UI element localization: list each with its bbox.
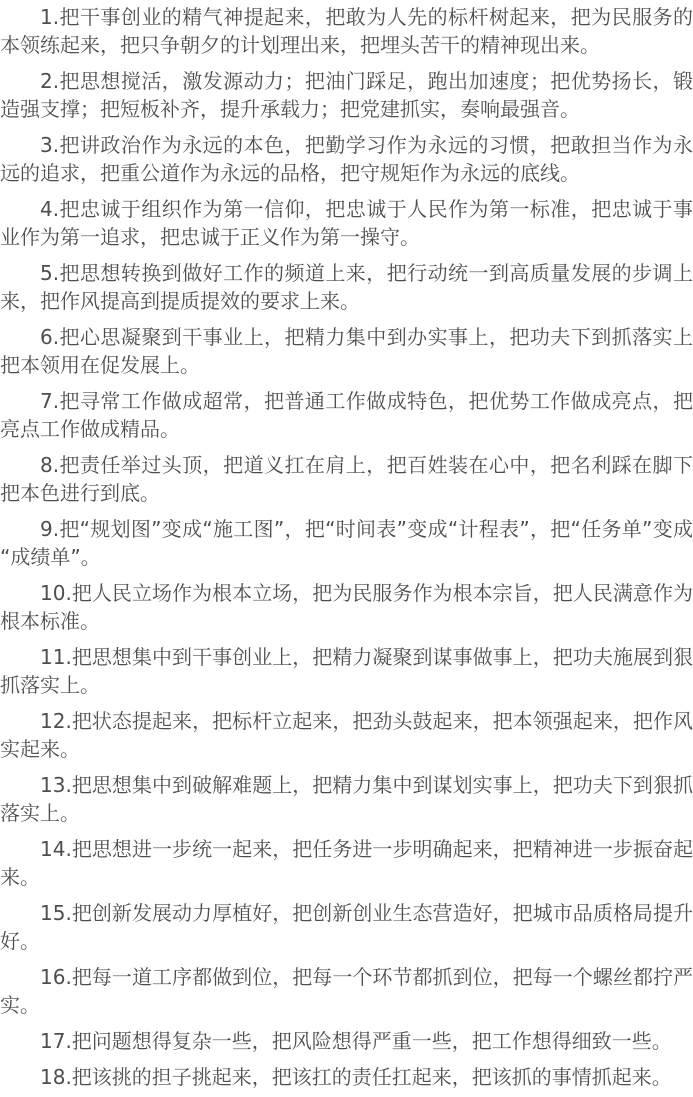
paragraph-10: 10.把人民立场作为根本立场，把为民服务作为根本宗旨，把人民满意作为根本标准。 <box>0 579 693 635</box>
paragraph-1: 1.把干事创业的精气神提起来，把敢为人先的标杆树起来，把为民服务的本领练起来，把… <box>0 3 693 59</box>
paragraph-6: 6.把心思凝聚到干事业上，把精力集中到办实事上，把功夫下到抓落实上把本领用在促发… <box>0 323 693 379</box>
paragraph-14: 14.把思想进一步统一起来，把任务进一步明确起来，把精神进一步振奋起来。 <box>0 835 693 891</box>
paragraph-18: 18.把该挑的担子挑起来，把该扛的责任扛起来，把该抓的事情抓起来。 <box>0 1063 693 1091</box>
paragraph-3: 3.把讲政治作为永远的本色，把勤学习作为永远的习惯，把敢担当作为永远的追求，把重… <box>0 131 693 187</box>
paragraph-7: 7.把寻常工作做成超常，把普通工作做成特色，把优势工作做成亮点，把亮点工作做成精… <box>0 387 693 443</box>
paragraph-8: 8.把责任举过头顶，把道义扛在肩上，把百姓装在心中，把名利踩在脚下把本色进行到底… <box>0 451 693 507</box>
paragraph-5: 5.把思想转换到做好工作的频道上来，把行动统一到高质量发展的步调上来，把作风提高… <box>0 259 693 315</box>
paragraph-11: 11.把思想集中到干事创业上，把精力凝聚到谋事做事上，把功夫施展到狠抓落实上。 <box>0 643 693 699</box>
paragraph-13: 13.把思想集中到破解难题上，把精力集中到谋划实事上，把功夫下到狠抓落实上。 <box>0 771 693 827</box>
article-body: 1.把干事创业的精气神提起来，把敢为人先的标杆树起来，把为民服务的本领练起来，把… <box>0 0 693 1097</box>
paragraph-4: 4.把忠诚于组织作为第一信仰，把忠诚于人民作为第一标准，把忠诚于事业作为第一追求… <box>0 195 693 251</box>
paragraph-9: 9.把“规划图”变成“施工图”，把“时间表”变成“计程表”，把“任务单”变成“成… <box>0 515 693 571</box>
paragraph-12: 12.把状态提起来，把标杆立起来，把劲头鼓起来，把本领强起来，把作风实起来。 <box>0 707 693 763</box>
paragraph-15: 15.把创新发展动力厚植好，把创新创业生态营造好，把城市品质格局提升好。 <box>0 899 693 955</box>
paragraph-16: 16.把每一道工序都做到位，把每一个环节都抓到位，把每一个螺丝都拧严实。 <box>0 963 693 1019</box>
paragraph-2: 2.把思想搅活，激发源动力；把油门踩足，跑出加速度；把优势扬长，锻造强支撑；把短… <box>0 67 693 123</box>
paragraph-17: 17.把问题想得复杂一些，把风险想得严重一些，把工作想得细致一些。 <box>0 1027 693 1055</box>
